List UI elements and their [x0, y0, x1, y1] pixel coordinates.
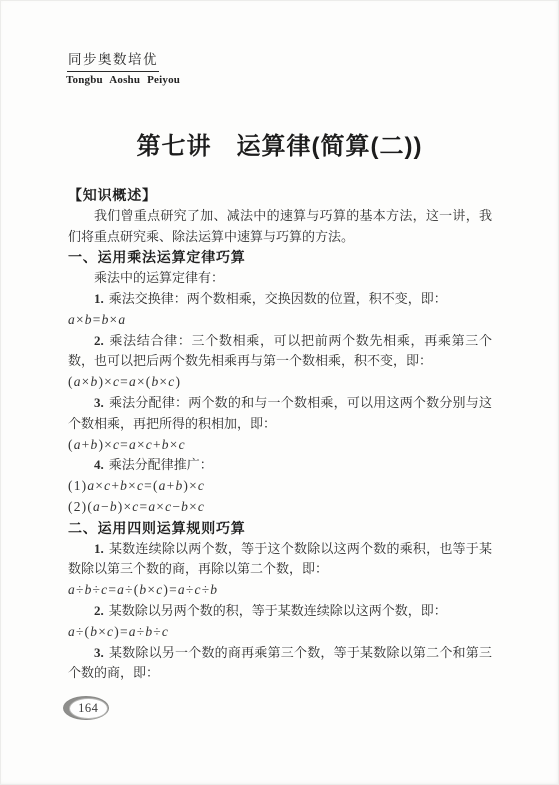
section-1-lead: 乘法中的运算定律有： [68, 268, 492, 289]
mul-law-item-3: 3.乘法分配律：两个数的和与一个数相乘，可以用这两个数分别与这个数相乘，再把所得… [68, 393, 492, 435]
item-text: 某数除以另两个数的积，等于某数连续除以这两个数，即： [109, 603, 447, 618]
section-2-heading: 二、运用四则运算规则巧算 [68, 518, 492, 539]
section-1-heading: 一、运用乘法运算定律巧算 [68, 247, 492, 268]
page-body: 【知识概述】 我们曾重点研究了加、减法中的速算与巧算的基本方法，这一讲，我们将重… [68, 185, 492, 684]
item-number: 2. [94, 333, 104, 348]
formula-commutative: a×b=b×a [68, 310, 492, 331]
overview-heading: 【知识概述】 [68, 185, 492, 206]
overview-paragraph: 我们曾重点研究了加、减法中的速算与巧算的基本方法，这一讲，我们将重点研究乘、除法… [68, 206, 492, 248]
div-rule-item-3: 3.某数除以另一个数的商再乘第三个数，等于某数除以第二个和第三个数的商，即： [68, 643, 492, 685]
mul-law-item-1: 1.乘法交换律：两个数相乘，交换因数的位置，积不变，即： [68, 289, 492, 310]
formula-associative: (a×b)×c=a×(b×c) [68, 372, 492, 393]
logo-chinese-text: 同步奥数培优 [67, 48, 159, 72]
book-page: 同步奥数培优 Tongbu Aoshu Peiyou 第七讲 运算律(简算(二)… [0, 0, 559, 785]
item-text: 乘法分配律：两个数的和与一个数相乘，可以用这两个数分别与这个数相乘，再把所得的积… [68, 395, 492, 431]
item-number: 3. [94, 395, 104, 410]
page-number: 164 [69, 698, 108, 719]
mul-law-item-2: 2.乘法结合律：三个数相乘，可以把前两个数先相乘，再乘第三个数，也可以把后两个数… [68, 331, 492, 373]
formula-distributive-ext-2: (2)(a−b)×c=a×c−b×c [68, 497, 492, 518]
lecture-title: 第七讲 运算律(简算(二)) [0, 126, 559, 161]
item-text: 乘法结合律：三个数相乘，可以把前两个数先相乘，再乘第三个数，也可以把后两个数先相… [68, 333, 492, 369]
item-text: 某数连续除以两个数，等于这个数除以这两个数的乘积，也等于某数除以第三个数的商，再… [68, 541, 492, 577]
item-number: 3. [94, 645, 104, 660]
logo-pinyin-text: Tongbu Aoshu Peiyou [66, 74, 160, 86]
formula-successive-division: a÷b÷c=a÷(b×c)=a÷c÷b [68, 580, 492, 601]
item-number: 2. [94, 603, 104, 618]
publisher-logo: 同步奥数培优 Tongbu Aoshu Peiyou [66, 48, 160, 86]
item-number: 1. [94, 541, 104, 556]
item-number: 1. [94, 291, 104, 306]
item-number: 4. [94, 457, 104, 472]
mul-law-item-4: 4.乘法分配律推广： [68, 455, 492, 476]
div-rule-item-2: 2.某数除以另两个数的积，等于某数连续除以这两个数，即： [68, 601, 492, 622]
item-text: 某数除以另一个数的商再乘第三个数，等于某数除以第二个和第三个数的商，即： [68, 645, 492, 681]
item-text: 乘法分配律推广： [109, 457, 213, 472]
formula-divide-by-product: a÷(b×c)=a÷b÷c [68, 622, 492, 643]
item-text: 乘法交换律：两个数相乘，交换因数的位置，积不变，即： [109, 291, 447, 306]
page-number-badge: 164 [63, 696, 109, 720]
div-rule-item-1: 1.某数连续除以两个数，等于这个数除以这两个数的乘积，也等于某数除以第三个数的商… [68, 539, 492, 581]
formula-distributive: (a+b)×c=a×c+b×c [68, 435, 492, 456]
formula-distributive-ext-1: (1)a×c+b×c=(a+b)×c [68, 476, 492, 497]
